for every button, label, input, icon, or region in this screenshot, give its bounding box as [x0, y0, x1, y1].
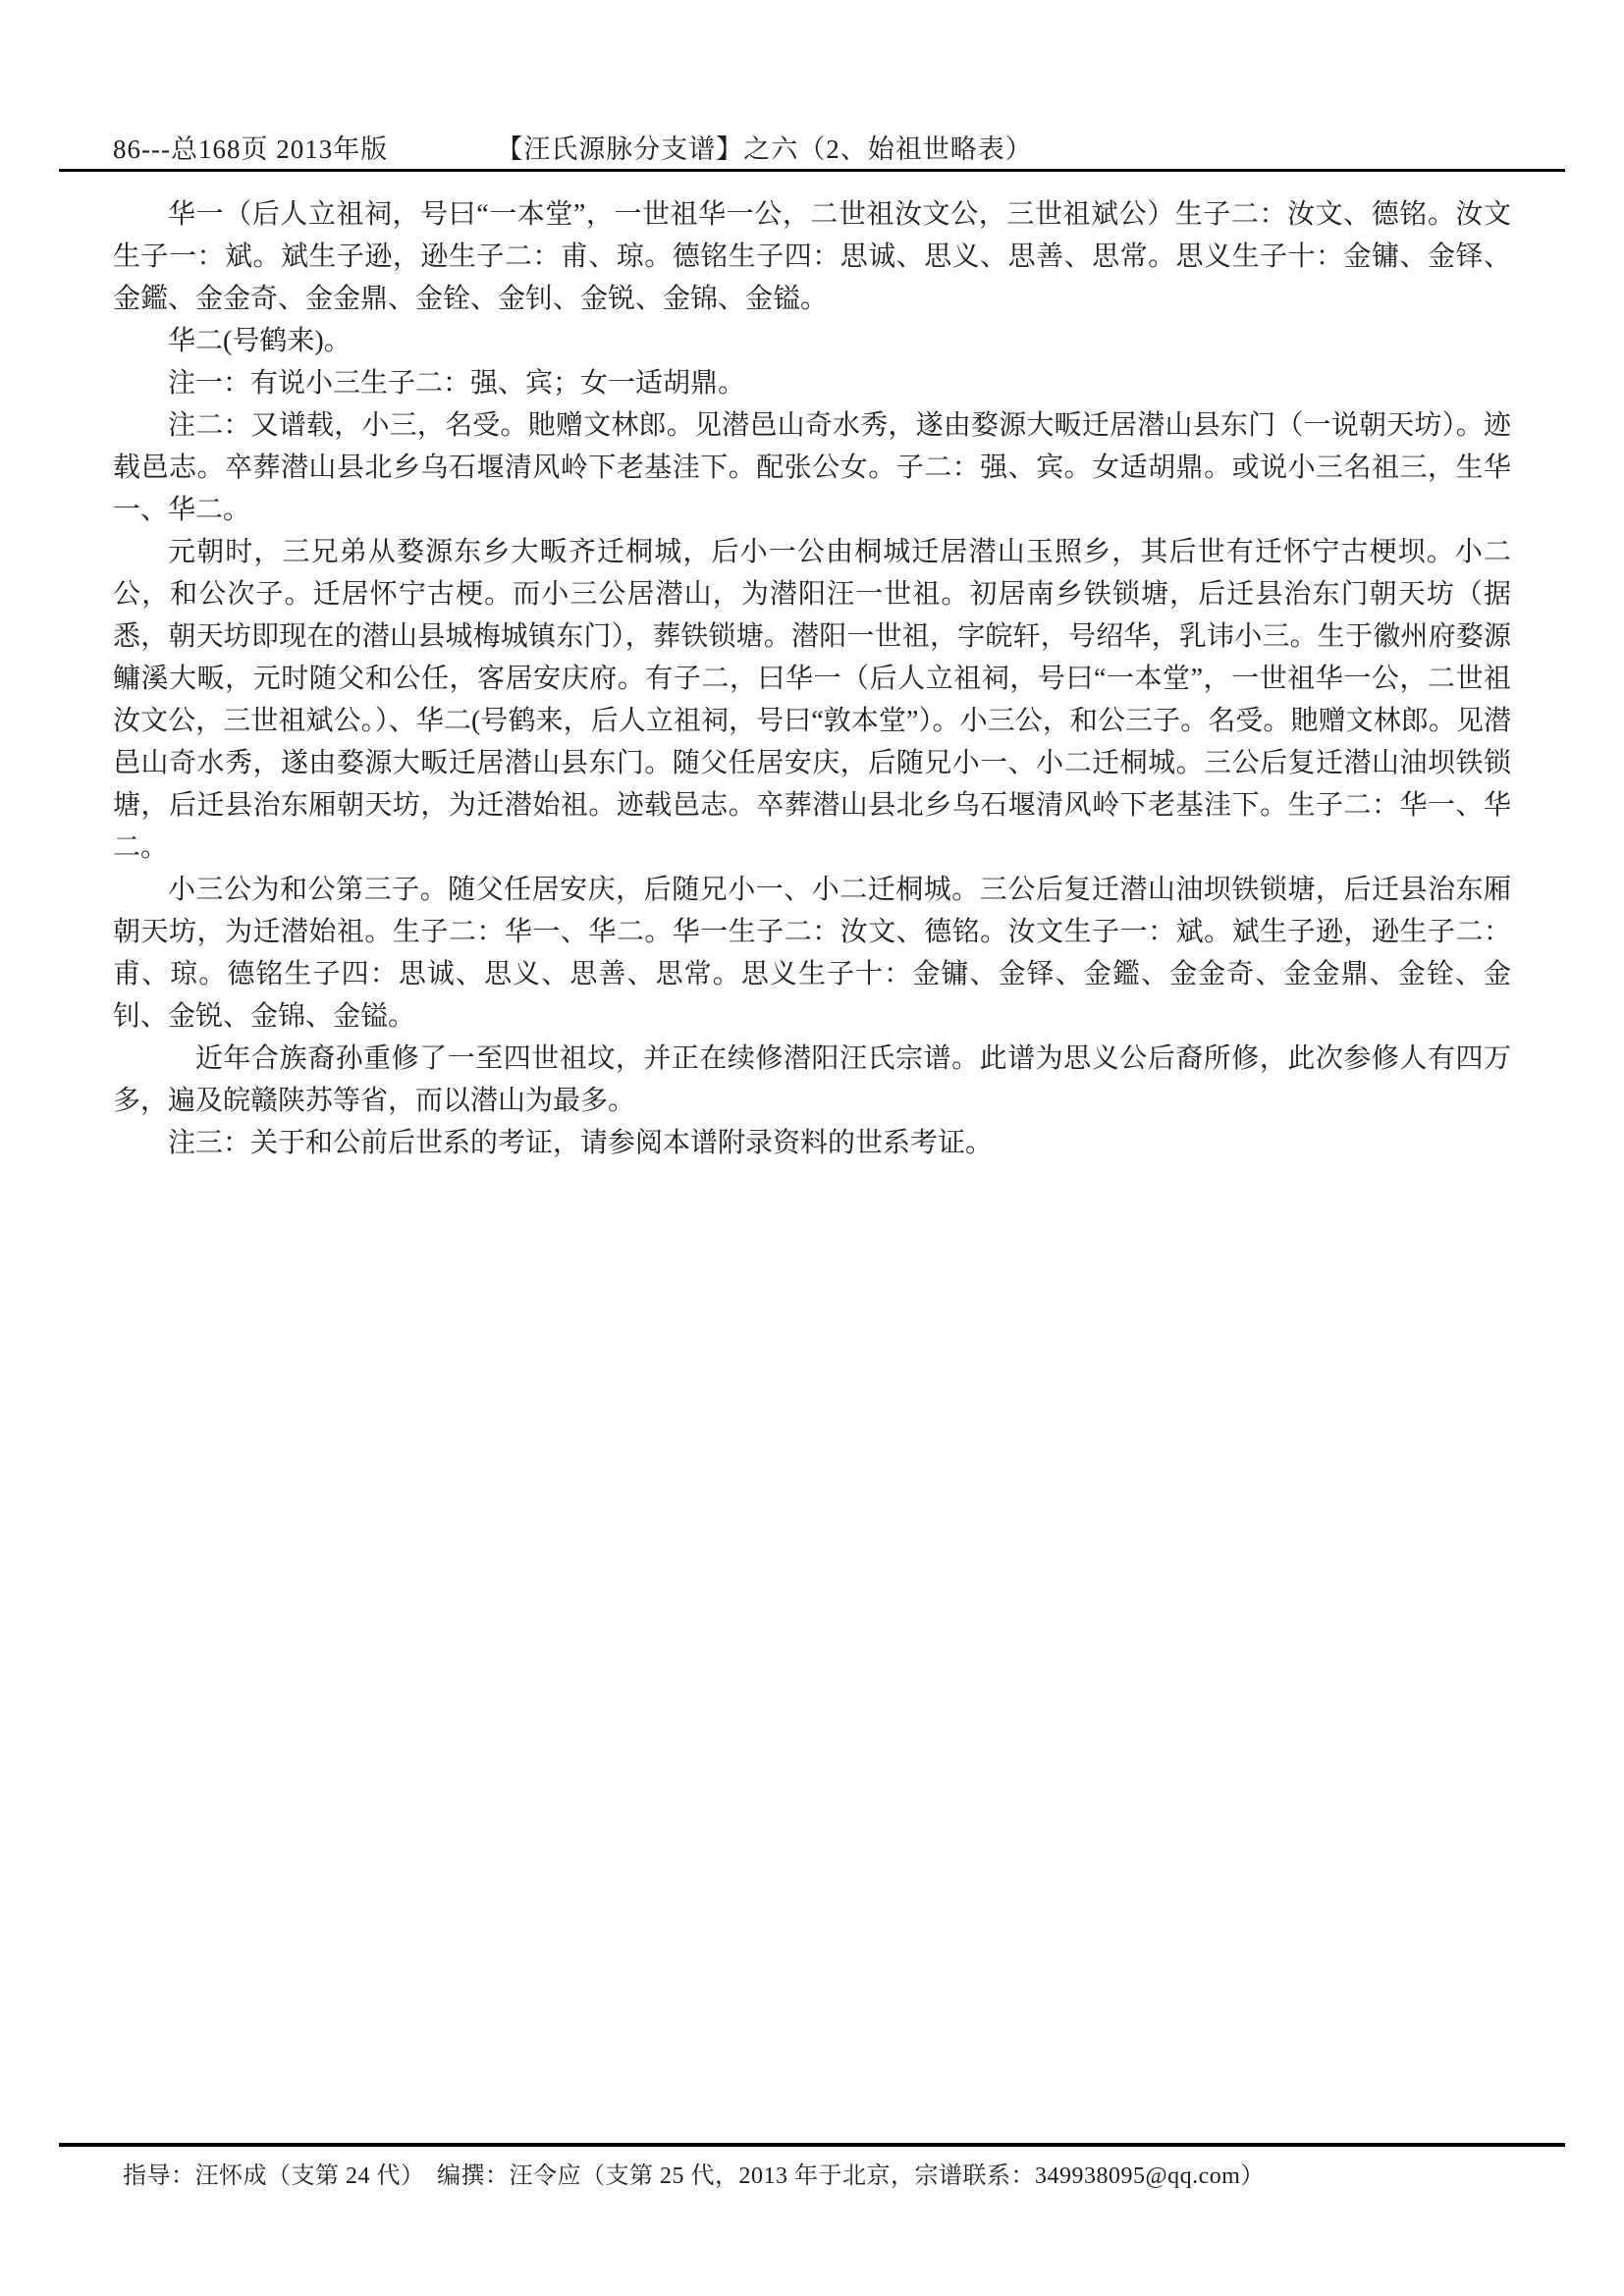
page-header: 86---总168页 2013年版 【汪氏源脉分支谱】之六（2、始祖世略表） — [113, 128, 1565, 166]
paragraph-xiaosan: 小三公为和公第三子。随父任居安庆，后随兄小一、小二迁桐城。三公后复迁潜山油坝铁锁… — [113, 869, 1511, 1038]
paragraph-huaer: 华二(号鹤来)。 — [113, 320, 1511, 362]
paragraph-huayi: 华一（后人立祖祠，号曰“一本堂”，一世祖华一公，二世祖汝文公，三世祖斌公）生子二… — [113, 193, 1511, 320]
paragraph-note-3: 注三：关于和公前后世系的考证，请参阅本谱附录资料的世系考证。 — [113, 1122, 1511, 1164]
paragraph-note-2: 注二：又谱载，小三，名受。貤赠文林郎。见潜邑山奇水秀，遂由婺源大畈迁居潜山县东门… — [113, 404, 1511, 531]
paragraph-recent-revision: 近年合族裔孙重修了一至四世祖坟，并正在续修潜阳汪氏宗谱。此谱为思义公后裔所修，此… — [113, 1038, 1511, 1122]
header-rule — [59, 169, 1565, 172]
document-page: 86---总168页 2013年版 【汪氏源脉分支谱】之六（2、始祖世略表） 华… — [0, 0, 1624, 2296]
footer-rule — [59, 2143, 1565, 2147]
paragraph-note-1: 注一：有说小三生子二：强、宾；女一适胡鼎。 — [113, 362, 1511, 404]
paragraph-yuan-dynasty: 元朝时，三兄弟从婺源东乡大畈齐迁桐城，后小一公由桐城迁居潜山玉照乡，其后世有迁怀… — [113, 531, 1511, 869]
page-number-edition: 86---总168页 2013年版 — [113, 128, 388, 166]
footer-credits: 指导：汪怀成（支第 24 代） 编撰：汪令应（支第 25 代，2013 年于北京… — [123, 2156, 1265, 2190]
book-title: 【汪氏源脉分支谱】之六（2、始祖世略表） — [496, 128, 1033, 166]
page-body: 华一（后人立祖祠，号曰“一本堂”，一世祖华一公，二世祖汝文公，三世祖斌公）生子二… — [113, 193, 1511, 1164]
